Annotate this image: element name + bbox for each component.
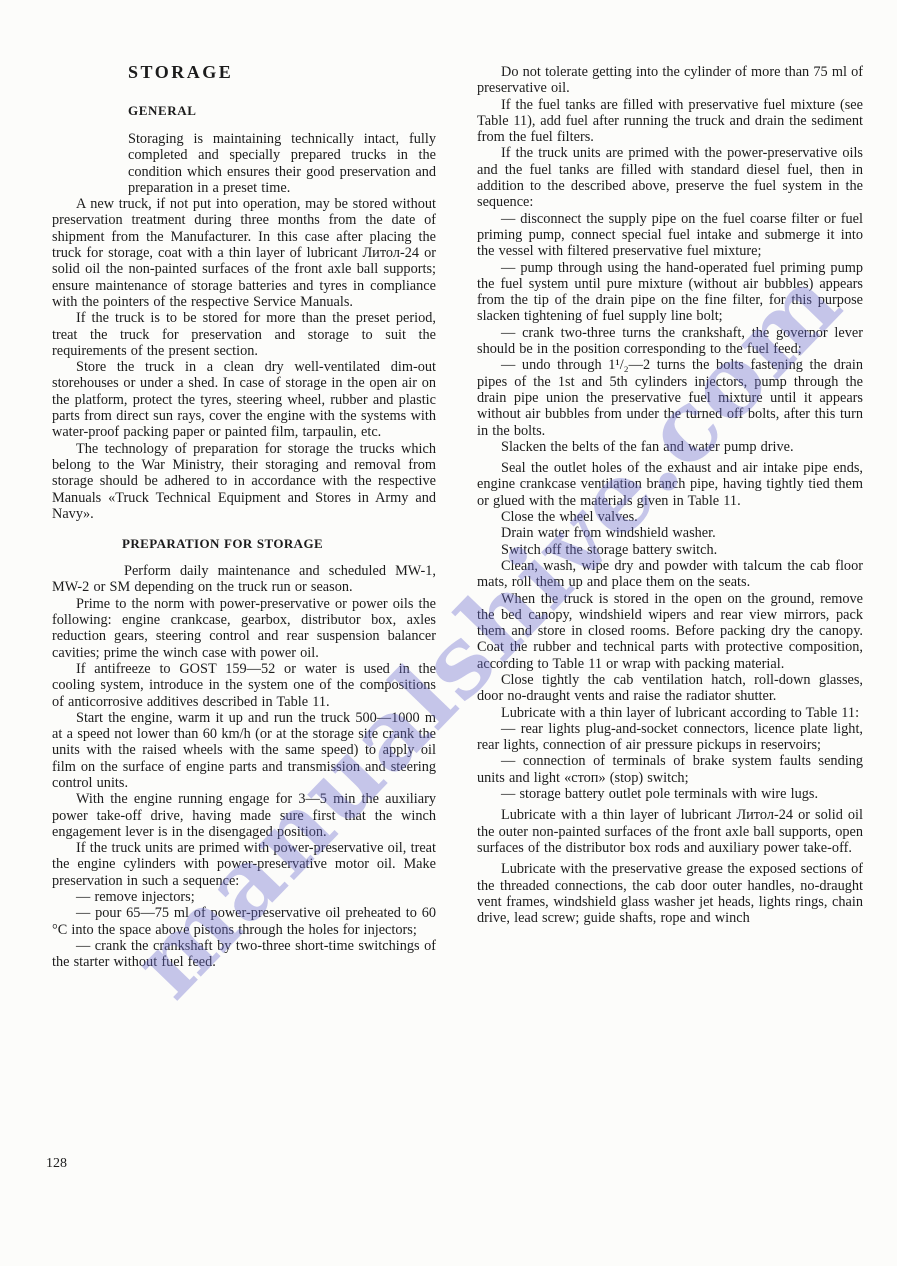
paragraph: If the fuel tanks are filled with preser… [477,97,863,146]
left-column: STORAGE GENERAL Storaging is maintaining… [52,62,436,971]
list-item-dash: — storage battery outlet pole terminals … [477,786,863,802]
paragraph: Start the engine, warm it up and run the… [52,710,436,791]
paragraph: When the truck is stored in the open on … [477,591,863,672]
layout-spacer [52,131,128,181]
paragraph: Drain water from windshield washer. [477,525,863,541]
page-number: 128 [46,1156,67,1172]
manual-page: STORAGE GENERAL Storaging is maintaining… [0,0,897,1266]
paragraph: If the truck units are primed with the p… [477,145,863,210]
paragraph: Lubricate with a thin layer of lubricant… [477,807,863,856]
paragraph: Slacken the belts of the fan and water p… [477,439,863,455]
paragraph: If the truck units are primed with power… [52,840,436,889]
paragraph: Store the truck in a clean dry well-vent… [52,359,436,440]
list-item-dash: — undo through 1¹/₂—2 turns the bolts fa… [477,357,863,438]
list-item-dash: — pour 65—75 ml of power-preservative oi… [52,905,436,938]
paragraph: With the engine running engage for 3—5 m… [52,791,436,840]
paragraph: Seal the outlet holes of the exhaust and… [477,460,863,509]
section-heading-general: GENERAL [128,104,436,118]
paragraph: The technology of preparation for storag… [52,441,436,522]
list-item-dash: — crank two-three turns the crankshaft, … [477,325,863,358]
paragraph: Perform daily maintenance and scheduled … [52,563,436,596]
list-item-dash: — remove injectors; [52,889,436,905]
list-item-dash: — disconnect the supply pipe on the fuel… [477,211,863,260]
list-item-dash: — connection of terminals of brake syste… [477,753,863,786]
paragraph: Switch off the storage battery switch. [477,542,863,558]
paragraph: Do not tolerate getting into the cylinde… [477,64,863,97]
page-title: STORAGE [128,62,436,82]
paragraph: Lubricate with the preservative grease t… [477,861,863,926]
list-item-dash: — pump through using the hand-operated f… [477,260,863,325]
section-heading-preparation: PREPARATION FOR STORAGE [122,537,436,551]
list-item-dash: — crank the crankshaft by two-three shor… [52,938,436,971]
paragraph: If the truck is to be stored for more th… [52,310,436,359]
paragraph: Clean, wash, wipe dry and powder with ta… [477,558,863,591]
paragraph: Close tightly the cab ventilation hatch,… [477,672,863,705]
paragraph: If antifreeze to GOST 159—52 or water is… [52,661,436,710]
list-item-dash: — rear lights plug-and-socket connectors… [477,721,863,754]
paragraph: A new truck, if not put into operation, … [52,196,436,310]
paragraph: Close the wheel valves. [477,509,863,525]
right-column: Do not tolerate getting into the cylinde… [477,64,863,926]
paragraph: Lubricate with a thin layer of lubricant… [477,705,863,721]
paragraph: Prime to the norm with power-preservativ… [52,596,436,661]
